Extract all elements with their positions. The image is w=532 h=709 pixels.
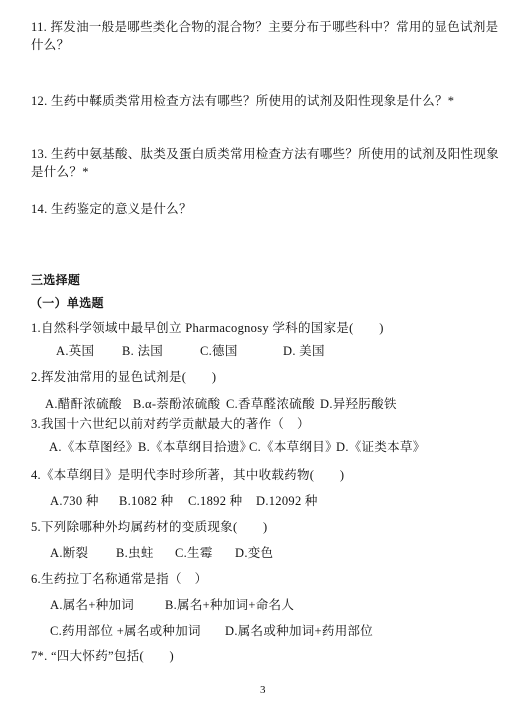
question-2-option-d: D.异羟肟酸铁 — [320, 396, 397, 412]
question-11: 11. 挥发油一般是哪些类化合物的混合物？主要分布于哪些科中？常用的显色试剂是什… — [31, 18, 501, 54]
question-5-option-b: B.虫蛀 — [116, 545, 154, 561]
question-2-stem: 2.挥发油常用的显色试剂是( ) — [31, 369, 216, 385]
question-1-option-b: B. 法国 — [122, 343, 163, 359]
question-14: 14. 生药鉴定的意义是什么？ — [31, 201, 192, 217]
question-4-option-d: D.12092 种 — [256, 493, 318, 509]
question-4-option-a: A.730 种 — [50, 493, 99, 509]
question-4-option-b: B.1082 种 — [119, 493, 174, 509]
question-3-option-a: A.《本草图经》 — [49, 439, 139, 455]
question-2-option-c: C.香草醛浓硫酸 — [226, 396, 315, 412]
question-3-option-d: D.《证类本草》 — [336, 439, 426, 455]
question-1-option-d: D. 美国 — [283, 343, 325, 359]
question-2-option-b: B.α-萘酚浓硫酸 — [133, 396, 220, 412]
question-6-option-a: A.属名+种加词 — [50, 597, 134, 613]
question-1-stem: 1.自然科学领域中最早创立 Pharmacognosy 学科的国家是( ) — [31, 320, 384, 336]
question-6-option-c: C.药用部位 +属名或种加词 — [50, 623, 201, 639]
section-title: 三选择题 — [31, 272, 80, 288]
section-subtitle: （一）单选题 — [30, 295, 104, 311]
question-7-stem: 7*. “四大怀药”包括( ) — [31, 648, 174, 664]
question-5-stem: 5.下列除哪种外均属药材的变质现象( ) — [31, 519, 268, 535]
question-4-stem: 4.《本草纲目》是明代李时珍所著，其中收载药物( ) — [31, 467, 344, 483]
question-5-option-a: A.断裂 — [50, 545, 88, 561]
question-5-option-c: C.生霉 — [175, 545, 213, 561]
question-3-stem: 3.我国十六世纪以前对药学贡献最大的著作（ ） — [31, 416, 310, 432]
question-5-option-d: D.变色 — [235, 545, 273, 561]
question-4-option-c: C.1892 种 — [188, 493, 243, 509]
question-6-stem: 6.生药拉丁名称通常是指（ ） — [31, 571, 207, 587]
question-2-option-a: A.醋酐浓硫酸 — [45, 396, 122, 412]
question-12: 12. 生药中鞣质类常用检查方法有哪些？所使用的试剂及阳性现象是什么？* — [31, 93, 454, 109]
page-number: 3 — [260, 684, 266, 696]
question-1-option-c: C.德国 — [200, 343, 238, 359]
question-3-option-c: C.《本草纲目》 — [249, 439, 338, 455]
question-3-option-b: B.《本草纲目拾遗》 — [138, 439, 252, 455]
question-6-option-d: D.属名或种加词+药用部位 — [225, 623, 373, 639]
question-13: 13. 生药中氨基酸、肽类及蛋白质类常用检查方法有哪些？所使用的试剂及阳性现象是… — [31, 145, 501, 181]
question-6-option-b: B.属名+种加词+命名人 — [165, 597, 294, 613]
question-1-option-a: A.英国 — [56, 343, 94, 359]
